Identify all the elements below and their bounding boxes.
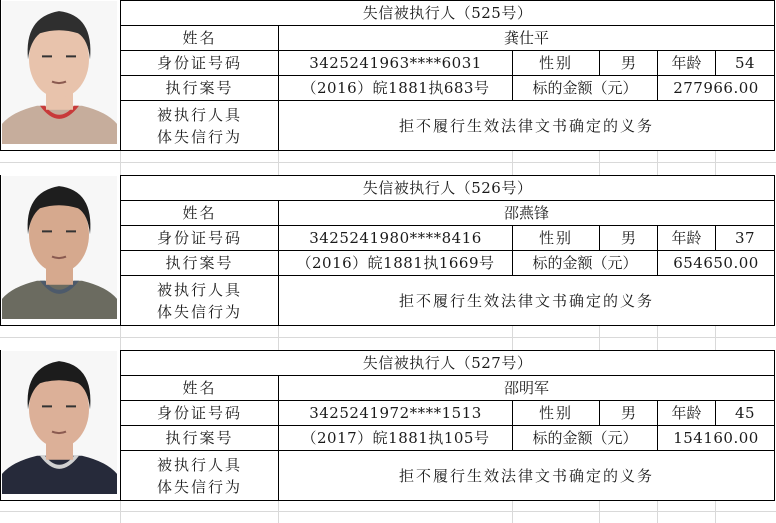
gender-value: 男 <box>600 51 658 76</box>
case-number-label: 执行案号 <box>121 426 279 451</box>
age-label: 年龄 <box>658 226 716 251</box>
amount-label: 标的金额（元） <box>513 251 658 276</box>
behavior-value: 拒不履行生效法律文书确定的义务 <box>279 276 775 326</box>
gender-label: 性别 <box>513 51 600 76</box>
amount-value: 654650.00 <box>658 251 775 276</box>
case-number-label: 执行案号 <box>121 76 279 101</box>
name-value: 邵明军 <box>279 376 775 401</box>
portrait-icon <box>2 1 117 144</box>
case-number-value: （2016）皖1881执683号 <box>279 76 513 101</box>
id-number-label: 身份证号码 <box>121 51 279 76</box>
behavior-value: 拒不履行生效法律文书确定的义务 <box>279 101 775 151</box>
behavior-label: 被执行人具 体失信行为 <box>121 101 279 151</box>
gender-label: 性别 <box>513 226 600 251</box>
photo-cell <box>0 350 120 501</box>
behavior-label-line2: 体失信行为 <box>121 301 278 323</box>
id-number-value: 3425241963****6031 <box>279 51 513 76</box>
behavior-label: 被执行人具 体失信行为 <box>121 276 279 326</box>
gender-value: 男 <box>600 226 658 251</box>
photo-cell <box>0 175 120 326</box>
debtor-info-table: 失信被执行人（526号） 姓名 邵燕锋 身份证号码 3425241980****… <box>120 175 775 326</box>
age-value: 45 <box>716 401 775 426</box>
debtor-photo <box>2 176 117 319</box>
name-value: 龚仕平 <box>279 26 775 51</box>
record-title: 失信被执行人（526号） <box>121 176 775 201</box>
record-title: 失信被执行人（527号） <box>121 351 775 376</box>
behavior-label-line2: 体失信行为 <box>121 126 278 148</box>
amount-label: 标的金额（元） <box>513 426 658 451</box>
photo-cell <box>0 0 120 151</box>
age-value: 54 <box>716 51 775 76</box>
behavior-value: 拒不履行生效法律文书确定的义务 <box>279 451 775 501</box>
debtor-photo <box>2 351 117 494</box>
gender-label: 性别 <box>513 401 600 426</box>
case-number-value: （2016）皖1881执1669号 <box>279 251 513 276</box>
name-label: 姓名 <box>121 376 279 401</box>
behavior-label-line1: 被执行人具 <box>121 454 278 476</box>
name-label: 姓名 <box>121 26 279 51</box>
age-label: 年龄 <box>658 51 716 76</box>
gender-value: 男 <box>600 401 658 426</box>
behavior-label-line1: 被执行人具 <box>121 279 278 301</box>
debtor-photo <box>2 1 117 144</box>
case-number-value: （2017）皖1881执105号 <box>279 426 513 451</box>
id-number-label: 身份证号码 <box>121 226 279 251</box>
case-number-label: 执行案号 <box>121 251 279 276</box>
amount-value: 154160.00 <box>658 426 775 451</box>
age-value: 37 <box>716 226 775 251</box>
age-label: 年龄 <box>658 401 716 426</box>
id-number-value: 3425241972****1513 <box>279 401 513 426</box>
behavior-label-line1: 被执行人具 <box>121 104 278 126</box>
portrait-icon <box>2 351 117 494</box>
behavior-label-line2: 体失信行为 <box>121 476 278 498</box>
debtor-info-table: 失信被执行人（525号） 姓名 龚仕平 身份证号码 3425241963****… <box>120 0 775 151</box>
amount-label: 标的金额（元） <box>513 76 658 101</box>
id-number-value: 3425241980****8416 <box>279 226 513 251</box>
behavior-label: 被执行人具 体失信行为 <box>121 451 279 501</box>
id-number-label: 身份证号码 <box>121 401 279 426</box>
amount-value: 277966.00 <box>658 76 775 101</box>
name-label: 姓名 <box>121 201 279 226</box>
debtor-info-table: 失信被执行人（527号） 姓名 邵明军 身份证号码 3425241972****… <box>120 350 775 501</box>
record-title: 失信被执行人（525号） <box>121 1 775 26</box>
portrait-icon <box>2 176 117 319</box>
name-value: 邵燕锋 <box>279 201 775 226</box>
